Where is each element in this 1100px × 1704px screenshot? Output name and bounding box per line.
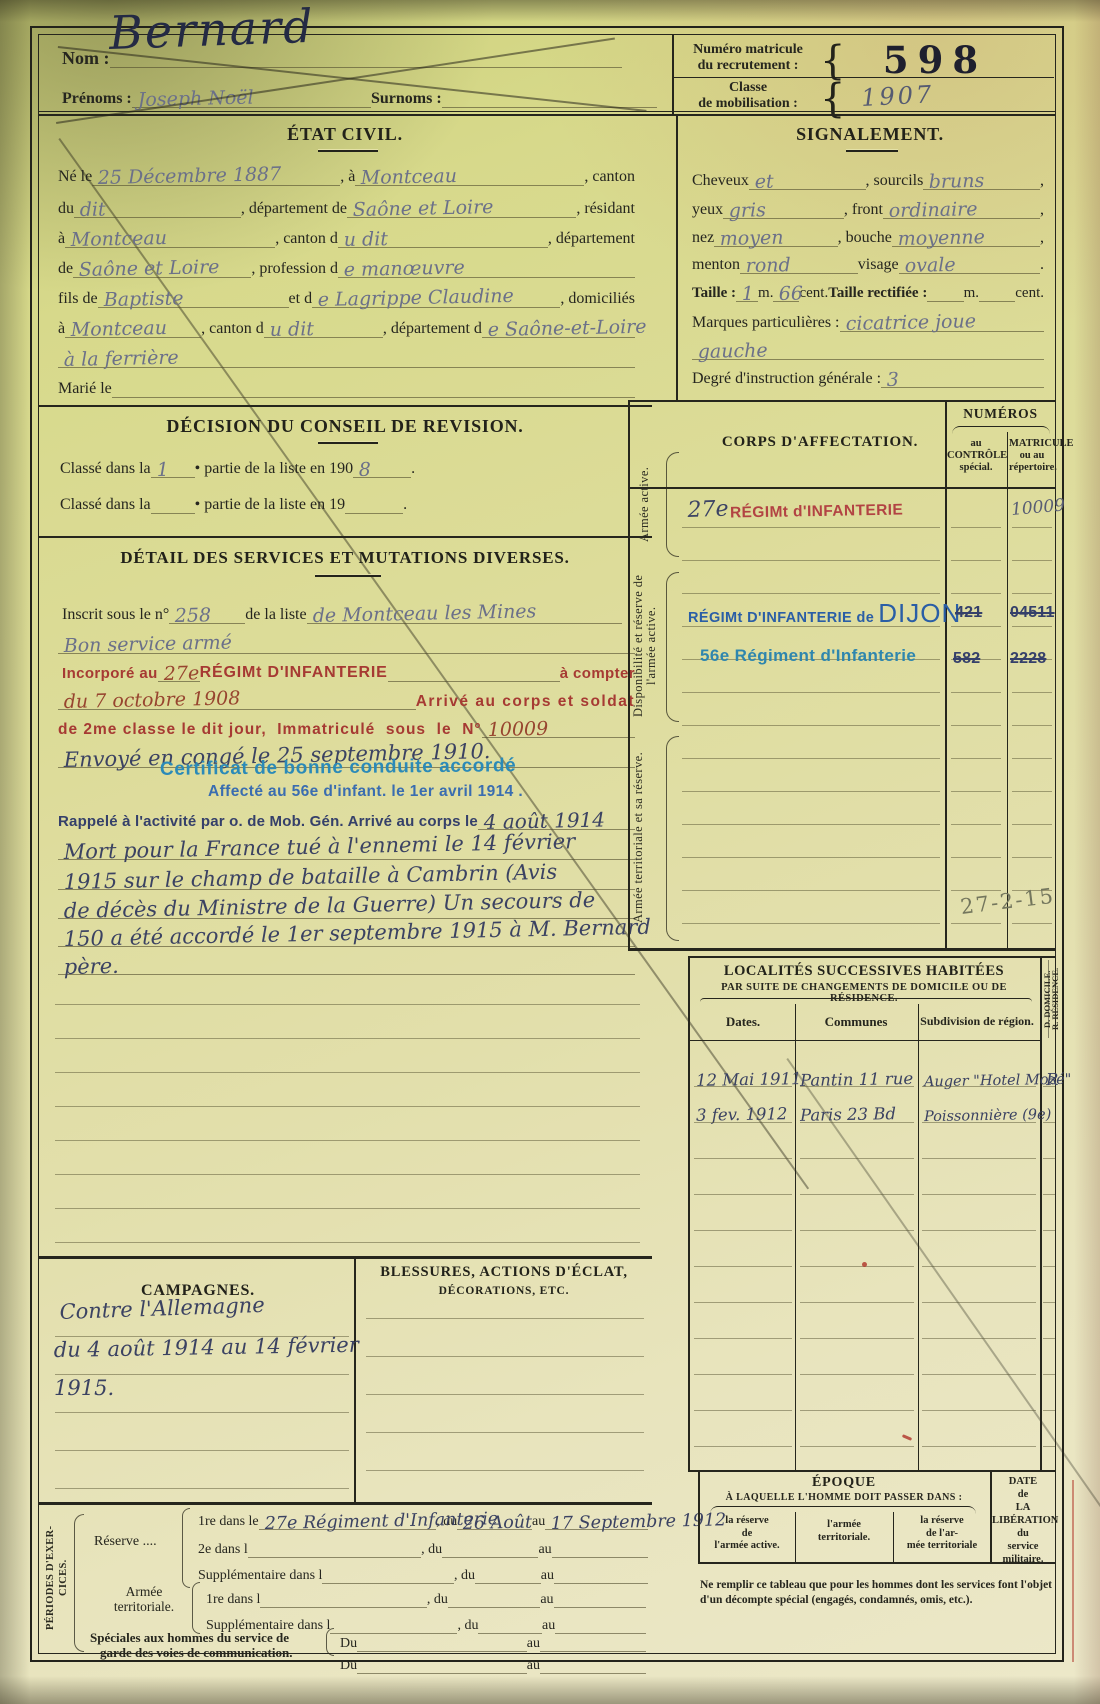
- label: , département d: [383, 321, 482, 338]
- handwritten-value: 150 a été accordé le 1er septembre 1915 …: [64, 916, 651, 950]
- line: e Lagrippe Claudine: [312, 304, 560, 308]
- handwritten-value: ovale: [904, 256, 955, 277]
- line: père.: [58, 971, 635, 975]
- handwritten-value: du 7 octobre 1908: [64, 689, 241, 713]
- handwritten-value: cicatrice joue: [845, 312, 976, 335]
- line: ovale: [899, 270, 1040, 274]
- services-mort-line-1: Mort pour la France tué à l'ennemi le 14…: [58, 834, 635, 860]
- handwritten-value: 25 Décembre 1887: [98, 165, 282, 189]
- line: u dit: [264, 334, 383, 338]
- label: et d: [289, 291, 313, 308]
- label: , du: [421, 1543, 442, 1558]
- line: 27e Régiment d'Infanterie: [259, 1526, 437, 1530]
- class-label: Classe de mobilisation :: [682, 80, 814, 112]
- line: 3: [881, 384, 1044, 388]
- decision-bottom-border: [38, 536, 652, 538]
- label: , sourcils: [866, 173, 924, 190]
- handwritten-value: Montceau: [361, 167, 458, 189]
- nicknames-label: Surnoms :: [371, 91, 442, 108]
- matricule-2228: 2228: [1010, 650, 1046, 668]
- handwritten-value: Mort pour la France tué à l'ennemi le 14…: [64, 830, 576, 863]
- label: visage: [858, 257, 899, 274]
- label: , à: [340, 169, 355, 186]
- corps-left-border: [628, 400, 630, 950]
- line: cicatrice joue: [840, 328, 1045, 332]
- communes-ruled-lines: [800, 1086, 914, 1454]
- label: au: [538, 1543, 551, 1558]
- incorporation-stamp: Incorporé au: [62, 666, 158, 682]
- mobilization-stamp: Rappelé à l'activité par o. de Mob. Gén.…: [58, 814, 478, 830]
- handwritten-value: Saône et Loire: [353, 198, 494, 221]
- localites-top-border: [688, 956, 1056, 958]
- handwritten-value: 8: [359, 461, 372, 481]
- decision-line-2: Classé dans la • partie de la liste en 1…: [60, 488, 490, 514]
- handwritten-value: gauche: [698, 342, 768, 363]
- handwritten-value: et: [754, 173, 773, 193]
- line: 1: [151, 474, 195, 478]
- label: de: [58, 261, 73, 278]
- label: cent.: [1015, 286, 1044, 302]
- subdivision-ruled-lines: [922, 1086, 1036, 1454]
- label: cent.: [799, 286, 828, 302]
- label: , canton d: [201, 321, 264, 338]
- epoque-col-1: la réserve de l'armée active.: [699, 1515, 795, 1553]
- line: rond: [740, 270, 858, 274]
- numeros-header: NUMÉROS: [945, 406, 1056, 422]
- localites-title-rule: [700, 998, 1032, 1006]
- corps-affectation-header: CORPS D'AFFECTATION.: [700, 434, 940, 451]
- line: 150 a été accordé le 1er septembre 1915 …: [58, 943, 635, 947]
- line: du 7 octobre 1908: [58, 706, 308, 710]
- label: au: [527, 1659, 540, 1674]
- line: Saône et Loire: [73, 274, 251, 278]
- services-inscrit-line: Inscrit sous le n° 258 de la liste de Mo…: [62, 598, 622, 624]
- regiment-27-stamp: RÉGIMt d'INFANTERIE: [730, 501, 903, 522]
- campagnes-blessures-divider: [354, 1256, 356, 1502]
- handwritten-value: 1: [156, 461, 169, 481]
- label: Taille :: [692, 286, 736, 302]
- localites-title: LOCALITÉS SUCCESSIVES HABITÉES: [696, 963, 1032, 980]
- epoque-bracket: [710, 1506, 976, 1514]
- line: [357, 1670, 527, 1674]
- line: gris: [723, 215, 844, 219]
- line: Bon service armé: [58, 650, 635, 654]
- handwritten-value: Baptiste: [103, 289, 183, 311]
- domicile-line-2: à la ferrière: [58, 342, 635, 368]
- services-mort-line-2: 1915 sur le champ de bataille à Cambrin …: [58, 864, 635, 890]
- label: Classé dans la: [60, 461, 151, 478]
- label: Inscrit sous le n°: [62, 607, 169, 624]
- residence-column-header: R. RÉSIDENCE.: [1049, 960, 1057, 1038]
- label: Né le: [58, 169, 92, 186]
- header-bottom-line-2: [38, 114, 1056, 116]
- label: m.: [964, 286, 979, 302]
- line: 17 Septembre 1912: [545, 1526, 648, 1530]
- subdivision-column-header: Subdivision de région.: [918, 1014, 1036, 1029]
- label: 1re dans l: [206, 1593, 260, 1608]
- signalement-title-rule: [846, 149, 898, 152]
- corps-col-divider-1: [945, 400, 947, 950]
- handwritten-value: 26 Août: [463, 1513, 533, 1533]
- regiment-stamp: RÉGIMt D'INFANTERIE: [200, 665, 388, 682]
- epoque-divider-2: [893, 1512, 894, 1562]
- handwritten-value: à la ferrière: [64, 349, 179, 371]
- territoriale-brace: [192, 1582, 200, 1634]
- label: au: [532, 1515, 545, 1530]
- reserve-period-line-3: Supplémentaire dans l , du au: [198, 1558, 648, 1584]
- line: Saône et Loire: [347, 214, 576, 218]
- label: de la liste: [245, 607, 306, 624]
- eyes-line: yeux gris , front ordinaire ,: [692, 193, 1044, 219]
- birth-line: Né le 25 Décembre 1887 , à Montceau , ca…: [58, 160, 635, 186]
- handwritten-value: Montceau: [71, 319, 168, 341]
- margin-red-line: [1072, 1480, 1074, 1662]
- controle-ruled-lines: [951, 527, 1001, 947]
- line: [308, 706, 416, 710]
- line: 10009: [482, 734, 635, 738]
- label: Cheveux: [692, 173, 749, 190]
- document-page: Nom : Bernard Prénoms : Joseph Noël Surn…: [0, 0, 1100, 1704]
- canton-line: du dit , département de Saône et Loire ,…: [58, 192, 635, 218]
- line: gauche: [692, 356, 1044, 360]
- disponibilite-brace: [666, 572, 679, 722]
- line: [345, 510, 403, 514]
- hair-line: Cheveux et , sourcils bruns ,: [692, 164, 1044, 190]
- territoriale-period-line-1: 1re dans l , du au: [206, 1582, 646, 1608]
- residence-line: à Montceau , canton d u dit , départemen…: [58, 222, 635, 248]
- epoque-divider-1: [795, 1512, 796, 1562]
- reserve-brace: [182, 1508, 190, 1588]
- handwritten-value: ordinaire: [889, 200, 978, 222]
- ink-mark: [862, 1262, 867, 1267]
- class-handwritten: 1907: [861, 80, 935, 112]
- handwritten-value: bruns: [929, 172, 985, 193]
- height-line: Taille : 1 m. 66 cent. Taille rectifiée …: [692, 276, 1044, 302]
- label: , canton d: [275, 231, 338, 248]
- blessures-subtitle: DÉCORATIONS, ETC.: [362, 1285, 646, 1297]
- corps-col-divider-2: [1007, 432, 1008, 950]
- dijon-regiment-stamp: RÉGIMt D'INFANTERIE de DIJON: [688, 598, 961, 629]
- label: • partie de la liste en 190: [195, 461, 353, 478]
- dr-ruled-lines: [1043, 1086, 1055, 1454]
- name-line: [110, 64, 623, 68]
- label: , canton: [584, 169, 635, 186]
- handwritten-value: e manœuvre: [344, 259, 465, 281]
- handwritten-value: Saône et Loire: [79, 258, 220, 281]
- nose-line: nez moyen , bouche moyenne ,: [692, 221, 1044, 247]
- armee-active-brace: [666, 452, 679, 557]
- communes-column-header: Communes: [800, 1014, 912, 1030]
- label: , département de: [241, 201, 347, 218]
- services-mort-line-3: de décès du Ministre de la Guerre) Un se…: [58, 893, 635, 919]
- label: Degré d'instruction générale :: [692, 371, 881, 388]
- label: m.: [758, 286, 773, 302]
- handwritten-value: de Montceau les Mines: [312, 602, 536, 627]
- speciales-line-2: Du au: [340, 1648, 646, 1674]
- stamp-text: de 2me classe le dit jour, Immatriculé s…: [58, 722, 482, 738]
- parents-line: fils de Baptiste et d e Lagrippe Claudin…: [58, 282, 635, 308]
- surname-handwritten: Bernard: [108, 0, 315, 60]
- campagnes-handwritten-3: 1915.: [54, 1376, 114, 1400]
- line: Montceau: [355, 182, 584, 186]
- handwritten-value: moyenne: [897, 228, 985, 250]
- numeros-bracket: [952, 426, 1050, 434]
- matricule-column-header: MATRICULE ou au répertoire.: [1009, 438, 1055, 474]
- line: [927, 298, 963, 302]
- label: 2e dans l: [198, 1543, 248, 1558]
- handwritten-value: u dit: [269, 320, 314, 341]
- services-bon-service-line: Bon service armé: [58, 628, 635, 654]
- label: , résidant: [576, 201, 635, 218]
- label: nez: [692, 230, 714, 247]
- stamp-text: DIJON: [878, 598, 961, 628]
- label: Marques particulières :: [692, 315, 840, 332]
- header-bottom-line-1: [38, 111, 1056, 112]
- services-rappele-line: Rappelé à l'activité par o. de Mob. Gén.…: [58, 804, 635, 830]
- speciales-brace: [326, 1628, 334, 1656]
- matricule-label: Numéro matricule du recrutement :: [682, 42, 814, 74]
- handwritten-value: e Saône-et-Loire: [488, 318, 647, 341]
- line: 1: [736, 298, 758, 302]
- line: 8: [353, 474, 411, 478]
- handwritten-value: 3: [887, 371, 900, 391]
- armee-active-row-label: Armée active.: [638, 448, 651, 560]
- localites-header-divider: [688, 1040, 1040, 1041]
- epoque-bottom-border: [698, 1562, 1056, 1564]
- controle-421: 421: [955, 604, 982, 622]
- firstnames-label: Prénoms :: [62, 91, 132, 108]
- label: Du: [340, 1659, 357, 1674]
- services-immatricule-line: de 2me classe le dit jour, Immatriculé s…: [58, 712, 635, 738]
- matricule-number: 598: [850, 38, 1020, 82]
- label: yeux: [692, 202, 723, 219]
- line: [112, 394, 635, 398]
- corps-bottom-border: [628, 948, 1056, 951]
- handwritten-value: Bon service armé: [64, 634, 233, 657]
- line: 25 Décembre 1887: [92, 182, 340, 186]
- line: e manœuvre: [338, 274, 635, 278]
- epoque-col-2: l'armée territoriale.: [797, 1519, 891, 1544]
- etat-civil-title-rule: [318, 149, 378, 152]
- label: à: [58, 321, 65, 338]
- label: ,: [1040, 173, 1044, 190]
- corps-ruled-lines: [682, 527, 940, 947]
- liberation-date-header: DATE de LA LIBÉRATION du service militai…: [992, 1475, 1054, 1566]
- label: menton: [692, 257, 740, 274]
- regiment-27-handwritten: 27e: [687, 497, 729, 523]
- campagnes-top-border: [38, 1256, 652, 1259]
- label: , du: [427, 1593, 448, 1608]
- decision-title: DÉCISION DU CONSEIL DE REVISION.: [55, 416, 635, 437]
- handwritten-value: rond: [746, 256, 791, 277]
- line: e Saône-et-Loire: [482, 334, 635, 338]
- line: [388, 678, 560, 682]
- line: [979, 298, 1015, 302]
- domicile-line: à Montceau , canton d u dit , départemen…: [58, 312, 635, 338]
- footnote: Ne remplir ce tableau que pour les homme…: [700, 1578, 1052, 1607]
- dates-column-header: Dates.: [694, 1014, 792, 1030]
- handwritten-value: 66: [779, 285, 804, 305]
- line: u dit: [338, 244, 548, 248]
- epoque-top-border: [688, 1470, 1056, 1472]
- corps-top-border: [628, 400, 1056, 402]
- label: .: [1040, 257, 1044, 274]
- periodes-side-label: PÉRIODES D'EXER- CICES.: [44, 1518, 64, 1638]
- services-mort-line-5: père.: [58, 949, 635, 975]
- epoque-col-3: la réserve de l'ar- mée territoriale: [895, 1515, 989, 1553]
- line: à la ferrière: [58, 364, 635, 368]
- speciales-label-2: garde des voies de communication.: [100, 1645, 330, 1661]
- line: dit: [74, 214, 241, 218]
- handwritten-value: dit: [80, 201, 106, 221]
- handwritten-value: père.: [64, 955, 119, 978]
- label: , profession d: [251, 261, 338, 278]
- line: et: [749, 186, 866, 190]
- dates-ruled-lines: [694, 1086, 792, 1454]
- label: au: [540, 1593, 553, 1608]
- handwritten-value: gris: [729, 201, 766, 222]
- regiment-56-stamp: 56e Régiment d'Infanterie: [700, 646, 916, 666]
- territoriale-brace: [666, 736, 679, 941]
- controle-582: 582: [953, 650, 980, 668]
- line: 66: [773, 298, 799, 302]
- handwritten-value: 1915 sur le champ de bataille à Cambrin …: [64, 861, 558, 893]
- matricule-04511: 04511: [1010, 604, 1055, 622]
- controle-column-header: au CONTRÔLE spécial.: [947, 438, 1005, 474]
- profession-line: de Saône et Loire , profession d e manœu…: [58, 252, 635, 278]
- line: moyen: [714, 243, 837, 247]
- label: Classé dans la: [60, 497, 151, 514]
- periodes-brace: [74, 1514, 84, 1652]
- disponibilite-row-label: Disponibilité et réserve de l'armée acti…: [632, 565, 660, 727]
- decision-title-rule: [318, 441, 378, 444]
- etat-civil-title: ÉTAT CIVIL.: [55, 124, 635, 145]
- line: Montceau: [65, 334, 201, 338]
- label: .: [411, 461, 415, 478]
- blessures-ruled-lines: [366, 1318, 644, 1500]
- label: du: [58, 201, 74, 218]
- label: ,: [1040, 202, 1044, 219]
- affectation-stamp: Affecté au 56e d'infant. le 1er avril 19…: [208, 783, 523, 801]
- label: Marié le: [58, 381, 112, 398]
- territoriale-row-label: Armée territoriale et sa réserve.: [632, 732, 660, 942]
- services-title: DÉTAIL DES SERVICES ET MUTATIONS DIVERSE…: [55, 548, 635, 568]
- services-incorpore-line: Incorporé au 27e RÉGIMt D'INFANTERIE à c…: [62, 656, 635, 682]
- stamp-text: Arrivé au corps et soldat: [416, 694, 635, 710]
- services-title-rule: [315, 574, 381, 577]
- label: .: [403, 497, 407, 514]
- label: , domiciliés: [560, 291, 635, 308]
- label: fils de: [58, 291, 98, 308]
- line: Baptiste: [98, 304, 289, 308]
- marks-line-2: gauche: [692, 334, 1044, 360]
- services-date-line: du 7 octobre 1908 Arrivé au corps et sol…: [58, 684, 635, 710]
- line: 258: [169, 620, 245, 624]
- line: bruns: [923, 186, 1040, 190]
- handwritten-value: e Lagrippe Claudine: [318, 287, 514, 311]
- epoque-title: ÉPOQUE: [700, 1475, 988, 1491]
- handwritten-value: 10009: [487, 720, 548, 741]
- line: Montceau: [65, 244, 275, 248]
- label: , département: [548, 231, 635, 248]
- handwritten-value: u dit: [343, 230, 388, 251]
- epoque-subtitle: À LAQUELLE L'HOMME DOIT PASSER DANS :: [700, 1492, 988, 1503]
- line: 26 Août: [457, 1526, 532, 1530]
- label: • partie de la liste en 19: [195, 497, 345, 514]
- married-line: Marié le: [58, 372, 635, 398]
- line: de Montceau les Mines: [307, 620, 622, 624]
- label: , front: [844, 202, 883, 219]
- handwritten-value: moyen: [720, 229, 784, 250]
- reserve-label: Réserve ....: [94, 1534, 178, 1550]
- line: [151, 510, 195, 514]
- blessures-title: BLESSURES, ACTIONS D'ÉCLAT,: [362, 1264, 646, 1281]
- marks-line: Marques particulières : cicatrice joue: [692, 306, 1044, 332]
- decision-top-border: [38, 405, 652, 407]
- handwritten-value: Montceau: [71, 229, 168, 251]
- corps-header-divider: [628, 487, 1056, 489]
- handwritten-value: 1: [742, 285, 755, 305]
- signalement-left-border: [676, 115, 678, 400]
- label: 1re dans le: [198, 1515, 259, 1530]
- decision-line-1: Classé dans la 1 • partie de la liste en…: [60, 452, 490, 478]
- line: [540, 1670, 646, 1674]
- label: Taille rectifiée :: [828, 286, 927, 302]
- certificate-stamp: Certificat de bonne conduite accordé: [160, 755, 516, 781]
- line: ordinaire: [883, 215, 1040, 219]
- line: 27e: [158, 678, 200, 682]
- education-line: Degré d'instruction générale : 3: [692, 362, 1044, 388]
- label: ,: [1040, 230, 1044, 247]
- localites-left-border: [688, 956, 690, 1470]
- territoriale-label: Armée territoriale.: [98, 1584, 190, 1614]
- header-divider: [672, 34, 674, 115]
- chin-line: menton rond visage ovale .: [692, 248, 1044, 274]
- firstnames-field: Prénoms : Joseph Noël Surnoms :: [62, 82, 657, 108]
- stamp-text: à compter: [560, 666, 635, 682]
- stamp-text: RÉGIMt D'INFANTERIE de: [688, 610, 874, 626]
- blank-ruled-lines: [55, 1004, 640, 1256]
- line: moyenne: [892, 243, 1040, 247]
- label: , bouche: [838, 230, 892, 247]
- reserve-period-line-1: 1re dans le 27e Régiment d'Infanterie , …: [198, 1504, 648, 1530]
- handwritten-value: 258: [175, 606, 212, 627]
- label: à: [58, 231, 65, 248]
- speciales-label-1: Spéciales aux hommes du service de: [90, 1630, 326, 1645]
- handwritten-value: 27e: [163, 664, 199, 685]
- signalement-title: SIGNALEMENT.: [700, 124, 1040, 145]
- services-mort-line-4: 150 a été accordé le 1er septembre 1915 …: [58, 921, 635, 947]
- reserve-period-line-2: 2e dans l , du au: [198, 1532, 648, 1558]
